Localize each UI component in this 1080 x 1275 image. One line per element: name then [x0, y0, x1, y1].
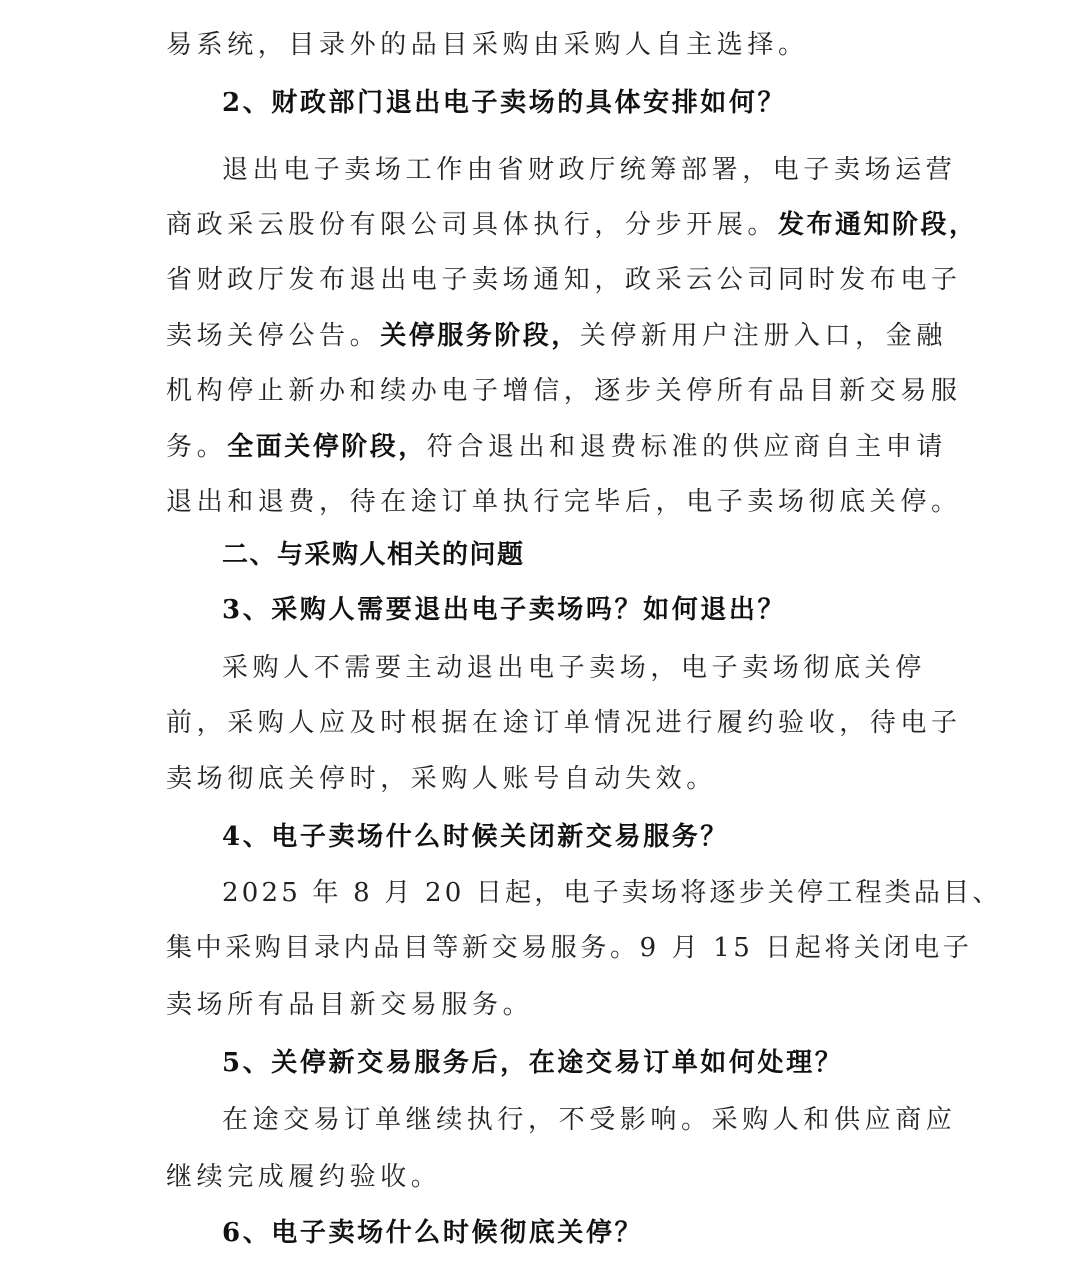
answer-2-line-1: 退出电子卖场工作由省财政厅统筹部署，电子卖场运营 [222, 150, 918, 190]
answer-2-line-5: 机构停止新办和续办电子增信，逐步关停所有品目新交易服 [166, 371, 918, 411]
question-6-heading: 6、电子卖场什么时候彻底关停？ [222, 1213, 918, 1253]
question-2-heading: 2、财政部门退出电子卖场的具体安排如何？ [222, 83, 918, 123]
answer-5-line-2: 继续完成履约验收。 [166, 1157, 918, 1197]
answer-5-line-1: 在途交易订单继续执行，不受影响。采购人和供应商应 [222, 1100, 918, 1140]
section-heading-purchaser: 二、与采购人相关的问题 [222, 535, 918, 575]
question-3-heading: 3、采购人需要退出电子卖场吗？如何退出？ [222, 590, 918, 630]
question-5-heading: 5、关停新交易服务后，在途交易订单如何处理？ [222, 1043, 918, 1083]
answer-3-line-2: 前，采购人应及时根据在途订单情况进行履约验收，待电子 [166, 703, 918, 743]
answer-2-line-2: 商政采云股份有限公司具体执行，分步开展。发布通知阶段， [166, 205, 918, 245]
question-4-heading: 4、电子卖场什么时候关闭新交易服务？ [222, 817, 918, 857]
answer-2-text: 卖场关停公告。 [166, 321, 380, 351]
answer-2-text: 务。 [166, 432, 227, 462]
answer-2-line-3: 省财政厅发布退出电子卖场通知，政采云公司同时发布电子 [166, 260, 918, 300]
answer-2-line-4: 卖场关停公告。关停服务阶段，关停新用户注册入口，金融 [166, 316, 918, 356]
answer-4-line-1: 2025 年 8 月 20 日起，电子卖场将逐步关停工程类品目、 [222, 873, 918, 913]
stage-label-full-shutdown: 全面关停阶段， [227, 432, 427, 462]
answer-4-line-3: 卖场所有品目新交易服务。 [166, 985, 918, 1025]
answer-2-line-7: 退出和退费，待在途订单执行完毕后，电子卖场彻底关停。 [166, 482, 918, 522]
answer-2-text: 商政采云股份有限公司具体执行，分步开展。 [166, 210, 778, 240]
stage-label-publish-notice: 发布通知阶段， [778, 210, 978, 240]
stage-label-shutdown-service: 关停服务阶段， [380, 321, 580, 351]
answer-3-line-3: 卖场彻底关停时，采购人账号自动失效。 [166, 759, 918, 799]
document-page: 易系统，目录外的品目采购由采购人自主选择。 2、财政部门退出电子卖场的具体安排如… [0, 0, 1080, 1275]
answer-2-text: 符合退出和退费标准的供应商自主申请 [427, 432, 947, 462]
answer-2-line-6: 务。全面关停阶段，符合退出和退费标准的供应商自主申请 [166, 427, 918, 467]
answer-3-line-1: 采购人不需要主动退出电子卖场，电子卖场彻底关停 [222, 648, 918, 688]
paragraph-continuation-line: 易系统，目录外的品目采购由采购人自主选择。 [166, 25, 918, 65]
answer-2-text: 关停新用户注册入口，金融 [580, 321, 947, 351]
answer-4-line-2: 集中采购目录内品目等新交易服务。9 月 15 日起将关闭电子 [166, 928, 918, 968]
